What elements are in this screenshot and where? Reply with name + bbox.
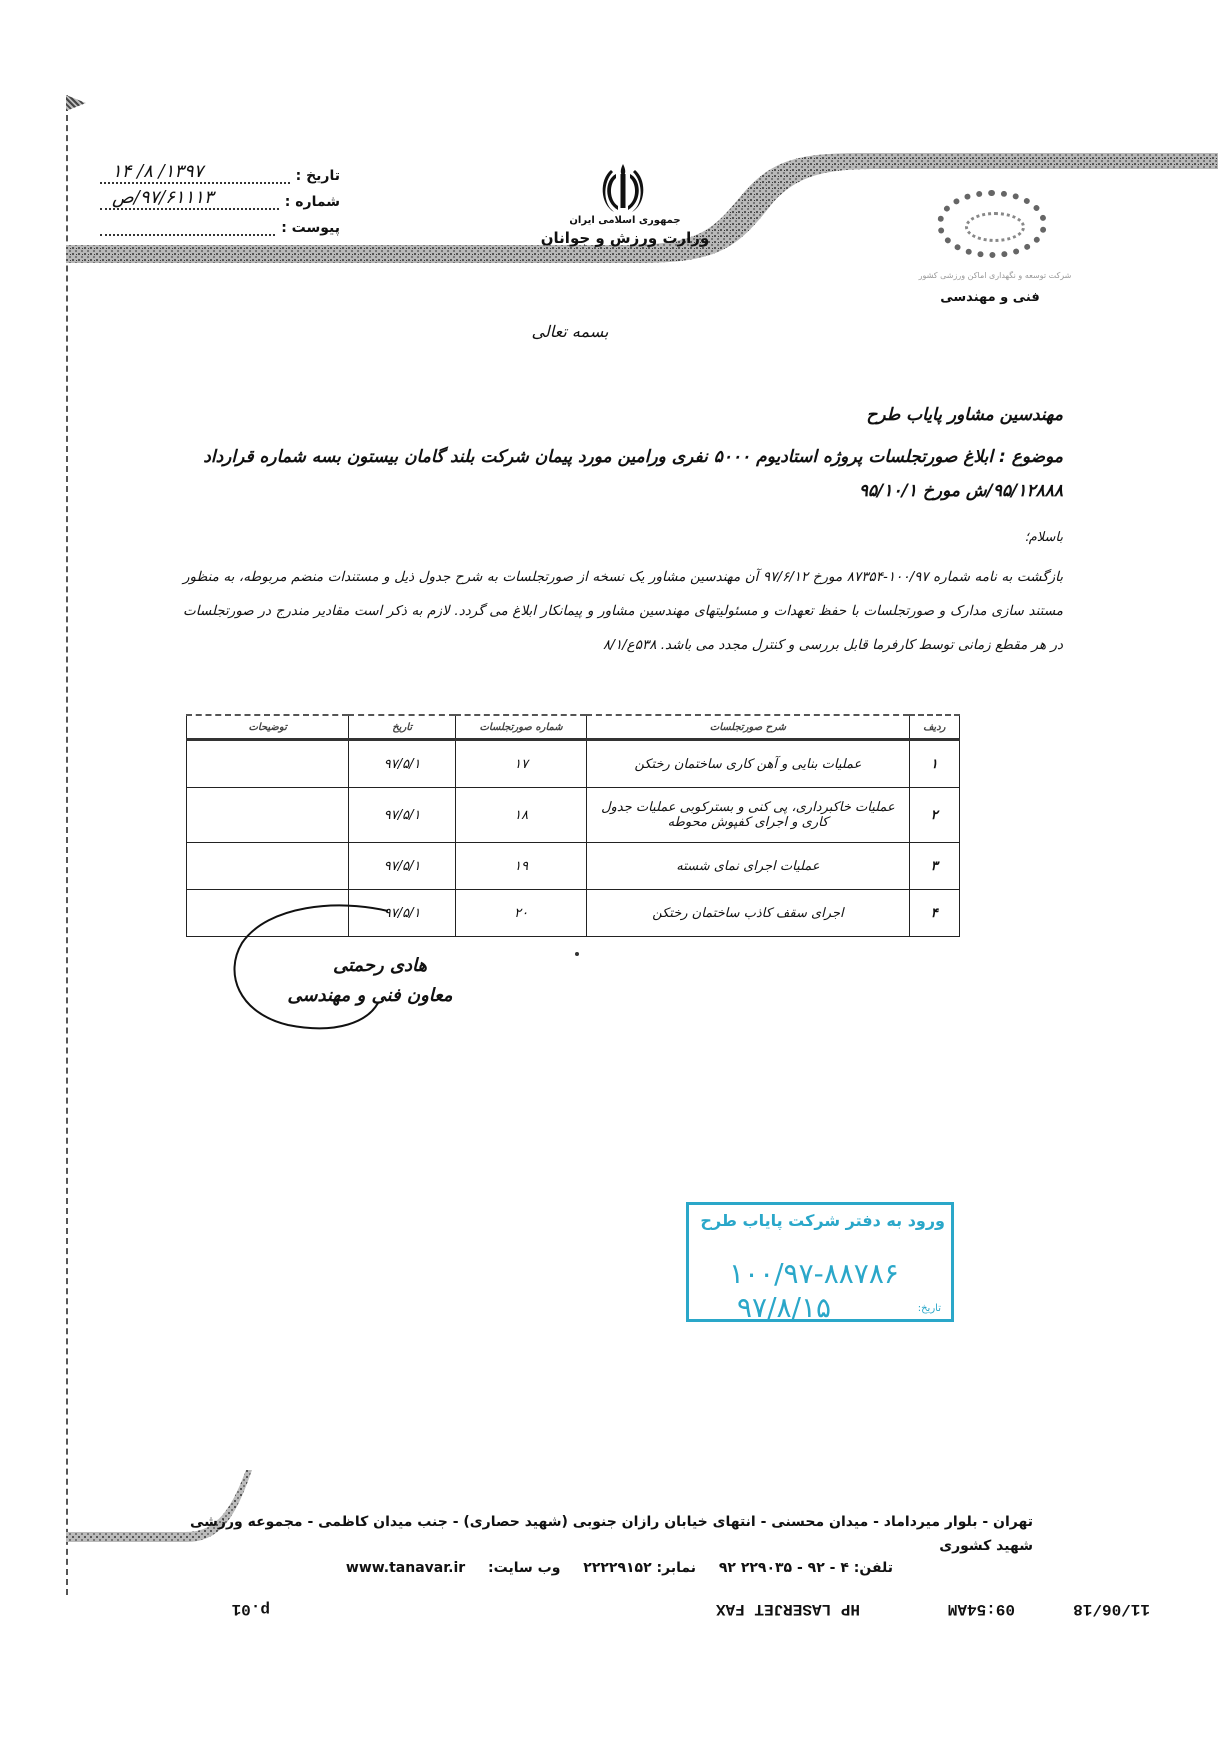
header-description: شرح صورتجلسات [587, 715, 909, 740]
attachment-row: پیوست : [100, 210, 340, 236]
number-label: شماره : [285, 194, 340, 210]
signatory-name: هادی رحمتی [300, 955, 460, 976]
signatory-title: معاون فنی و مهندسی [280, 985, 460, 1006]
cell-description: عملیات اجرای نمای شسته [587, 843, 909, 890]
table-row: ۲ عملیات خاکبرداری، پی کنی و بسترکوبی عم… [187, 788, 960, 843]
date-value: ۱۳۹۷/ ۸/ ۱۴ [100, 161, 290, 184]
fax-date: 11/06/18 [1073, 1600, 1150, 1618]
page-edge-rule [66, 95, 68, 1595]
footer-phone: تلفن: ۴ - ۹۲ - ۲۲۹۰۳۵ ۹۲ [719, 1560, 893, 1576]
fax-page: p.01 [232, 1600, 270, 1618]
gov-line-1: جمهوری اسلامی ایران [540, 215, 710, 226]
table-row: ۱ عملیات بنایی و آهن کاری ساختمان رختکن … [187, 740, 960, 788]
header-number: شماره صورتجلسات [455, 715, 586, 740]
cell-index: ۱ [909, 740, 959, 788]
stamp-title: ورود به دفتر شرکت پایاب طرح [700, 1211, 945, 1230]
stamp-number: ۱۰۰/۹۷-۸۸۷۸۶ [729, 1257, 899, 1290]
cell-number: ۱۸ [455, 788, 586, 843]
header-index: ردیف [909, 715, 959, 740]
cell-number: ۱۹ [455, 843, 586, 890]
footer-contact: تلفن: ۴ - ۹۲ - ۲۲۹۰۳۵ ۹۲ نمابر: ۲۲۲۲۹۱۵۲… [328, 1560, 893, 1576]
attachment-label: پیوست : [281, 220, 340, 236]
greeting: باسلام؛ [1025, 530, 1063, 545]
footer-website-label: وب سایت: [488, 1560, 560, 1576]
scan-marker-icon [66, 95, 86, 111]
cell-notes [187, 788, 349, 843]
fax-device: HP LASERJET FAX [716, 1600, 860, 1618]
date-label: تاریخ : [296, 168, 340, 184]
cell-index: ۳ [909, 843, 959, 890]
fax-time: 09:54AM [948, 1600, 1015, 1618]
fax-header-line: 11/06/18 09:54AM HP LASERJET FAX p.01 [220, 1598, 1150, 1618]
letter-meta: تاریخ : ۱۳۹۷/ ۸/ ۱۴ شماره : ۹۷/۶۱۱۱۳/ص پ… [100, 158, 340, 236]
letter-body: بازگشت به نامه شماره ۱۰۰/۹۷-۸۷۳۵۴ مورخ ۹… [183, 560, 1063, 662]
bismillah: بسمه تعالی [520, 322, 620, 341]
receipt-stamp: ورود به دفتر شرکت پایاب طرح ۱۰۰/۹۷-۸۸۷۸۶… [686, 1202, 954, 1322]
cell-notes [187, 740, 349, 788]
cell-index: ۴ [909, 890, 959, 937]
footer-address: تهران - بلوار میرداماد - میدان محسنی - ا… [173, 1510, 1033, 1558]
number-value: ۹۷/۶۱۱۱۳/ص [100, 187, 279, 210]
attachment-value [100, 234, 275, 236]
footer-fax: نمابر: ۲۲۲۲۹۱۵۲ [583, 1560, 696, 1576]
cell-description: عملیات بنایی و آهن کاری ساختمان رختکن [587, 740, 909, 788]
table-row: ۳ عملیات اجرای نمای شسته ۱۹ ۹۷/۵/۱ [187, 843, 960, 890]
cell-notes [187, 843, 349, 890]
department-name: فنی و مهندسی [880, 290, 1100, 305]
cell-index: ۲ [909, 788, 959, 843]
cell-description: عملیات خاکبرداری، پی کنی و بسترکوبی عملی… [587, 788, 909, 843]
ministry-name: وزارت ورزش و جوانان [540, 229, 710, 247]
ink-dot [575, 952, 579, 956]
cell-date: ۹۷/۵/۱ [349, 740, 456, 788]
footer-website-link[interactable]: www.tanavar.ir [346, 1560, 465, 1576]
recipient: مهندسین مشاور پایاب طرح [866, 405, 1063, 425]
header-notes: توضیحات [187, 715, 349, 740]
cell-date: ۹۷/۵/۱ [349, 843, 456, 890]
table-header-row: ردیف شرح صورتجلسات شماره صورتجلسات تاریخ… [187, 715, 960, 740]
header-date: تاریخ [349, 715, 456, 740]
number-row: شماره : ۹۷/۶۱۱۱۳/ص [100, 184, 340, 210]
subject: موضوع : ابلاغ صورتجلسات پروژه استادیوم ۵… [183, 440, 1063, 508]
cell-description: اجرای سقف کاذب ساختمان رختکن [587, 890, 909, 937]
stamp-date: ۹۷/۸/۱۵ [737, 1291, 831, 1324]
seal-caption: شرکت توسعه و نگهداری اماکن ورزشی کشور [865, 271, 1125, 280]
organization-seal-icon [937, 190, 1047, 258]
cell-date: ۹۷/۵/۱ [349, 788, 456, 843]
cell-number: ۱۷ [455, 740, 586, 788]
iran-emblem-icon [598, 160, 648, 216]
date-row: تاریخ : ۱۳۹۷/ ۸/ ۱۴ [100, 158, 340, 184]
stamp-date-label: تاریخ: [918, 1303, 941, 1314]
